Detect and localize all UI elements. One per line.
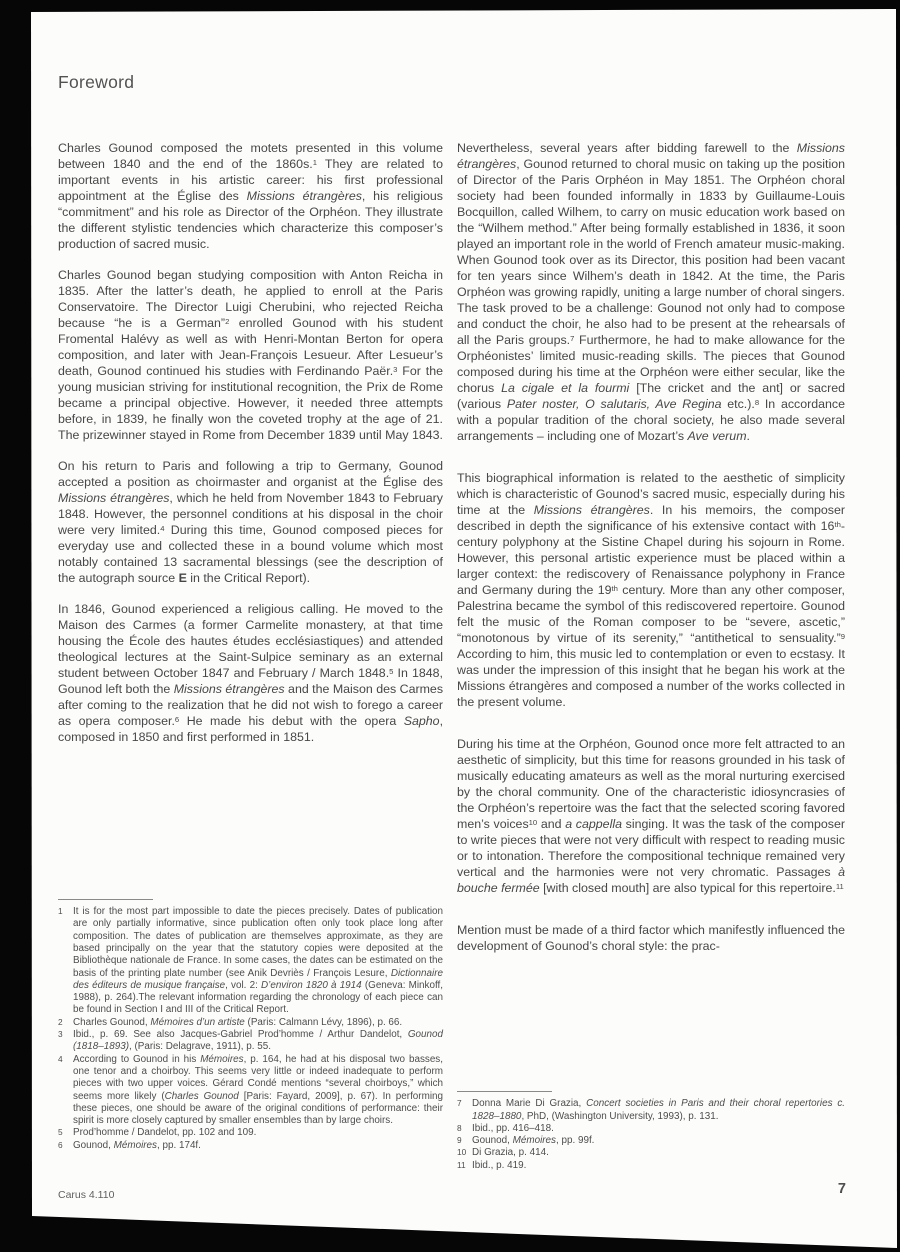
footnote: 9 Gounod, Mémoires, pp. 99f. [457, 1135, 845, 1147]
footnote-separator [58, 899, 153, 900]
footnote-text: Ibid., p. 419. [472, 1160, 845, 1172]
paragraph: In 1846, Gounod experienced a religious … [58, 601, 443, 745]
footnote-text: Prod’homme / Dandelot, pp. 102 and 109. [73, 1127, 443, 1139]
footnote-number: 3 [58, 1028, 73, 1053]
footnote: 3 Ibid., p. 69. See also Jacques-Gabriel… [58, 1029, 443, 1054]
paragraph: Charles Gounod began studying compositio… [58, 267, 443, 443]
footnote-text: Ibid., pp. 416–418. [472, 1123, 845, 1135]
paragraph: This biographical information is related… [457, 470, 845, 710]
footnote-number: 7 [457, 1097, 472, 1122]
footnote-number: 1 [58, 905, 73, 1016]
footnote-number: 11 [457, 1159, 472, 1171]
footnote-number: 9 [457, 1134, 472, 1146]
footnote-separator [457, 1091, 552, 1092]
footnote-text: Gounod, Mémoires, pp. 174f. [73, 1140, 443, 1152]
footnote-number: 5 [58, 1126, 73, 1138]
footnote: 11 Ibid., p. 419. [457, 1160, 845, 1172]
page-number: 7 [808, 1181, 846, 1197]
footnote-number: 4 [58, 1053, 73, 1127]
footnote-number: 2 [58, 1016, 73, 1028]
catalog-number: Carus 4.110 [58, 1189, 114, 1201]
footnote: 5 Prod’homme / Dandelot, pp. 102 and 109… [58, 1127, 443, 1139]
footnote-text: It is for the most part impossible to da… [73, 906, 443, 1017]
paragraph: On his return to Paris and following a t… [58, 458, 443, 586]
left-body-text: Charles Gounod composed the motets prese… [58, 140, 443, 760]
footnote-text: According to Gounod in his Mémoires, p. … [73, 1054, 443, 1128]
paragraph: During his time at the Orphéon, Gounod o… [457, 736, 845, 896]
right-footnotes: 7 Donna Marie Di Grazia, Concert societi… [457, 1091, 845, 1172]
footnote-number: 10 [457, 1146, 472, 1158]
footnote: 1 It is for the most part impossible to … [58, 906, 443, 1017]
footnote: 2 Charles Gounod, Mémoires d’un artiste … [58, 1017, 443, 1029]
paragraph: Nevertheless, several years after biddin… [457, 140, 845, 444]
two-column-layout: Charles Gounod composed the motets prese… [58, 140, 845, 1172]
right-body-text: Nevertheless, several years after biddin… [457, 140, 845, 980]
page-title: Foreword [58, 72, 134, 93]
footnote: 8 Ibid., pp. 416–418. [457, 1123, 845, 1135]
footnote-number: 8 [457, 1122, 472, 1134]
left-footnotes: 1 It is for the most part impossible to … [58, 899, 443, 1152]
document-page: Foreword Charles Gounod composed the mot… [0, 0, 900, 1252]
footnote-text: Charles Gounod, Mémoires d’un artiste (P… [73, 1017, 443, 1029]
footnote: 6 Gounod, Mémoires, pp. 174f. [58, 1140, 443, 1152]
footnote: 4 According to Gounod in his Mémoires, p… [58, 1054, 443, 1128]
paragraph: Mention must be made of a third factor w… [457, 922, 845, 954]
footnote-text: Donna Marie Di Grazia, Concert societies… [472, 1098, 845, 1123]
footnote-text: Di Grazia, p. 414. [472, 1147, 845, 1159]
paragraph: Charles Gounod composed the motets prese… [58, 140, 443, 252]
footnote-text: Ibid., p. 69. See also Jacques-Gabriel P… [73, 1029, 443, 1054]
footnote-text: Gounod, Mémoires, pp. 99f. [472, 1135, 845, 1147]
footnote-number: 6 [58, 1139, 73, 1151]
right-column: Nevertheless, several years after biddin… [457, 140, 845, 1172]
footnote: 10 Di Grazia, p. 414. [457, 1147, 845, 1159]
footnote: 7 Donna Marie Di Grazia, Concert societi… [457, 1098, 845, 1123]
left-column: Charles Gounod composed the motets prese… [58, 140, 443, 1152]
